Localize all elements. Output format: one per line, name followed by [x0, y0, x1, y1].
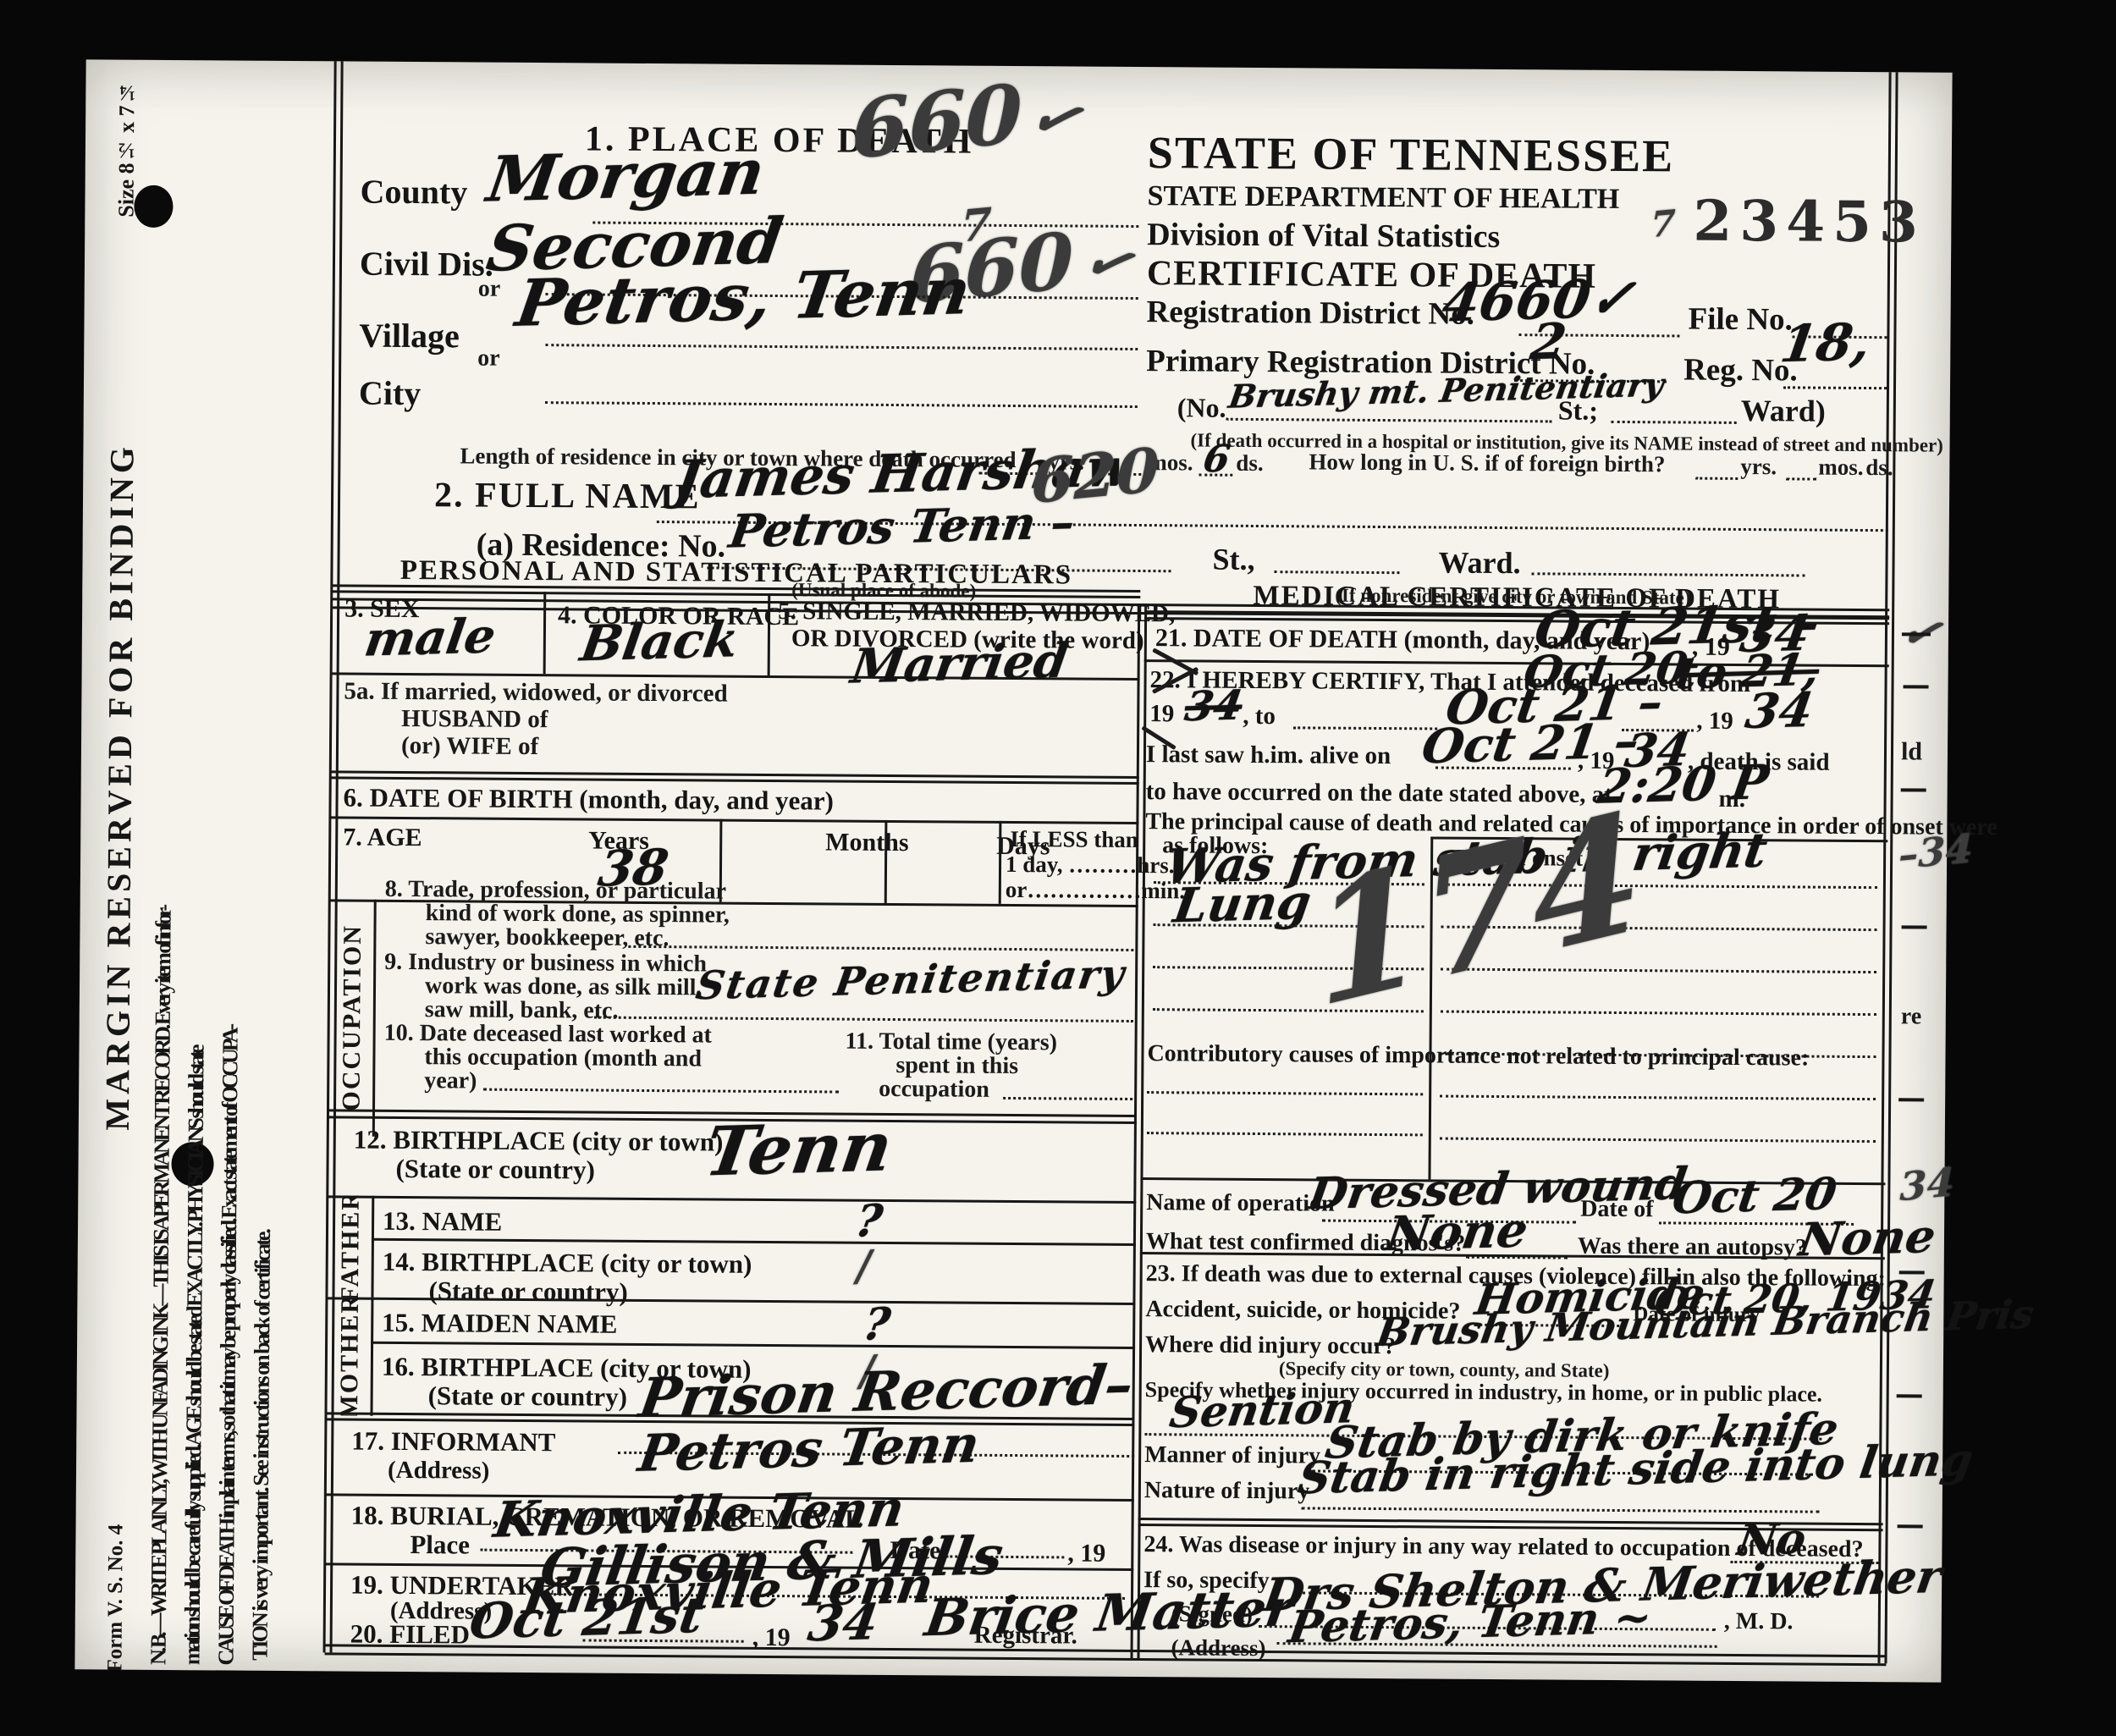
address-label: (Address) [1171, 1634, 1265, 1662]
pencil-check-top: ✓ [1021, 76, 1090, 158]
onset-dl-7 [1440, 1138, 1876, 1144]
q22-19a: 19 [1149, 700, 1174, 728]
q15-value: ? [860, 1298, 894, 1351]
where-value: Brushy Mountain Branch Pris [1374, 1292, 2037, 1355]
edge-fragment-2: –34 [1898, 825, 1973, 878]
certificate-page: Size 8½ x 7¼ MARGIN RESERVED FOR BINDING… [74, 59, 1952, 1682]
race-value: Black [577, 610, 742, 672]
q15-label: 15. MAIDEN NAME [382, 1308, 617, 1340]
residence-value: Petros Tenn – [726, 494, 1079, 558]
q11-line [1003, 1097, 1132, 1100]
ds-label: ds. [1236, 450, 1263, 477]
q13-label: 13. NAME [383, 1206, 502, 1237]
signed-label: (Signed) [1171, 1601, 1253, 1628]
occupation-section-label: OCCUPATION [333, 899, 372, 1136]
or-label-2: or [477, 345, 500, 372]
st-label: St.; [1558, 394, 1598, 426]
reg-no-value: 18, [1777, 312, 1874, 374]
q14-sublabel: (State or country) [428, 1276, 628, 1308]
ward-label: Ward) [1741, 393, 1826, 429]
contributory-label: Contributory causes of importance not re… [1147, 1040, 1809, 1072]
edge-dash-5 [1898, 1098, 1924, 1101]
nb-line-4: TION is very important. See instructions… [247, 645, 279, 1661]
village-line [545, 344, 1138, 350]
ds2-label: ds. [1865, 455, 1893, 481]
city-label: City [359, 373, 422, 414]
q11-line3: occupation [879, 1076, 989, 1104]
edge-dash-7 [1897, 1394, 1922, 1397]
occurred-m-label: m. [1718, 785, 1745, 813]
burial-19-label: , 19 [1067, 1539, 1105, 1568]
q12-rule [328, 1195, 1136, 1204]
edge-dash-6 [1899, 1270, 1925, 1274]
or-label-1: or [478, 276, 501, 303]
sex-cell-divider [543, 592, 547, 674]
q10-line3: year) [424, 1067, 477, 1094]
q22-year-b: 34 [1742, 682, 1816, 740]
edge-fragment-3: re [1901, 1003, 1922, 1030]
certificate-stamp-number: 23453 [1693, 188, 1926, 256]
onset-dl-4 [1441, 1011, 1876, 1017]
q10-line [483, 1088, 839, 1094]
contrib-dl-1 [1147, 1091, 1423, 1095]
len-line-3 [1199, 474, 1232, 477]
registrar-label: Registrar. [974, 1622, 1077, 1651]
binding-note: MARGIN RESERVED FOR BINDING [97, 355, 142, 1130]
contrib-dl-2 [1147, 1132, 1423, 1136]
marital-label-1: 5. SINGLE, MARRIED, WIDOWED, [778, 598, 1175, 628]
informant-address-value: Petros Tenn [635, 1415, 984, 1484]
st2-label: St., [1212, 542, 1254, 577]
q22-to-label: , to [1243, 703, 1276, 730]
ifless-1: If LESS than [1010, 826, 1138, 853]
city-line [545, 401, 1138, 408]
edge-fragment-4: 34 [1899, 1159, 1954, 1210]
edge-dash-8 [1898, 1524, 1923, 1528]
age-div-2 [884, 820, 888, 903]
len-line-4 [1695, 477, 1738, 480]
civil-dist-label: Civil Dis. [360, 244, 493, 284]
stamp-mark: 7 [1650, 202, 1676, 246]
nb-line-3: CAUSE OF DEATH in plain terms, so that i… [213, 67, 250, 1665]
no-label: (No. [1177, 392, 1226, 423]
q22-line-1 [1293, 726, 1437, 730]
full-name-label: 2. FULL NAME [434, 475, 701, 517]
q9-value: State Penitentiary [693, 951, 1129, 1008]
pencil-660-top: 660 [851, 66, 1022, 178]
len-line-5 [1786, 477, 1816, 480]
reg-no-line [1783, 386, 1887, 389]
edge-dash-1 [1902, 632, 1931, 636]
county-value: Morgan [482, 136, 769, 217]
filed-19-label: , 19 [752, 1623, 791, 1652]
mother-section-label: MOTHER [330, 1297, 369, 1415]
nature-line [1302, 1507, 1820, 1513]
filed-year-value: 34 [805, 1593, 882, 1652]
county-label: County [360, 172, 467, 212]
father-cell-divider [371, 1196, 374, 1298]
sex-value: male [361, 608, 499, 667]
age-div-3 [999, 821, 1002, 904]
state-title: STATE OF TENNESSEE [1148, 126, 1675, 182]
burial-place-label: Place [410, 1529, 470, 1560]
q12-label: 12. BIRTHPLACE (city or town) [354, 1125, 724, 1158]
ward-line [1612, 421, 1737, 424]
md-label: , M. D. [1724, 1608, 1794, 1636]
q13-rule [372, 1238, 1136, 1246]
q8-line3: sawyer, bookkeeper, etc. [425, 923, 669, 952]
village-label: Village [359, 316, 460, 356]
edge-dash-4 [1902, 925, 1927, 929]
registration-district-label: Registration District No. [1146, 294, 1474, 333]
filed-label: 20. FILED [350, 1619, 470, 1651]
q13-value: ? [852, 1195, 886, 1248]
q14-label: 14. BIRTHPLACE (city or town) [383, 1247, 752, 1280]
q6-rule [330, 816, 1138, 824]
occupation-cell-divider [372, 900, 377, 1137]
village-value: Petros, Tenn [511, 253, 975, 341]
q22-year-a: 34 [1182, 682, 1245, 731]
ward2-label: Ward. [1438, 544, 1520, 581]
where-label: Where did injury occur? [1145, 1331, 1396, 1360]
dateof-label: Date of [1580, 1196, 1654, 1224]
q14-value: / [857, 1242, 872, 1290]
marital-value: Married [847, 633, 1072, 695]
street-line [1226, 418, 1552, 423]
q12-value: Tenn [700, 1107, 897, 1192]
father-section-label: FATHER [331, 1195, 370, 1297]
division-title: Division of Vital Statistics [1147, 216, 1500, 256]
informant-address-label: (Address) [388, 1457, 490, 1485]
form-number: Form V. S. No. 4 [103, 1393, 129, 1673]
mother-cell-divider [370, 1298, 373, 1416]
q5a-line2: HUSBAND of [401, 705, 548, 734]
manner-label: Manner of injury [1144, 1441, 1320, 1469]
q16-sublabel: (State or country) [428, 1381, 628, 1413]
lastsaw-label: I last saw h.im. alive on [1146, 741, 1391, 770]
informant-label: 17. INFORMANT [351, 1426, 555, 1458]
edge-dash-2 [1904, 685, 1929, 688]
residence-line-2 [1274, 570, 1399, 574]
file-no-label: File No. [1688, 301, 1793, 339]
q15-rule [371, 1342, 1135, 1349]
q22-19b: , 19 [1696, 708, 1733, 736]
nature-label: Nature of injury [1144, 1477, 1310, 1505]
ifso-label: If so, specify [1143, 1567, 1270, 1595]
dept-title: STATE DEPARTMENT OF HEALTH [1147, 180, 1619, 216]
onset-dl-6 [1440, 1095, 1876, 1101]
nb-line-2: mation should be carefully supplied. AGE… [179, 67, 216, 1665]
q6-label: 6. DATE OF BIRTH (month, day, and year) [343, 782, 834, 816]
howlong-label: How long in U. S. if of foreign birth? [1309, 449, 1665, 477]
edge-fragment-1: ld [1901, 737, 1922, 766]
q5a-line3: (or) WIFE of [401, 732, 538, 761]
q12-sublabel: (State or country) [395, 1154, 595, 1186]
nb-line-1: N. B.—WRITE PLAINLY, WITH UNFADING INK—T… [146, 67, 182, 1665]
yrs2-label: yrs. [1740, 454, 1777, 480]
months-header: Months [825, 828, 909, 857]
ifless-2: 1 day, ………hrs. [1006, 851, 1175, 879]
pencil-check-mid: ✓ [1075, 223, 1142, 300]
q5a-line1: 5a. If married, widowed, or divorced [344, 677, 727, 708]
mos2-label: mos. [1818, 455, 1863, 481]
residence-line-3 [1531, 572, 1805, 576]
q7-label: 7. AGE [343, 823, 422, 852]
edge-dash-3 [1901, 788, 1926, 791]
